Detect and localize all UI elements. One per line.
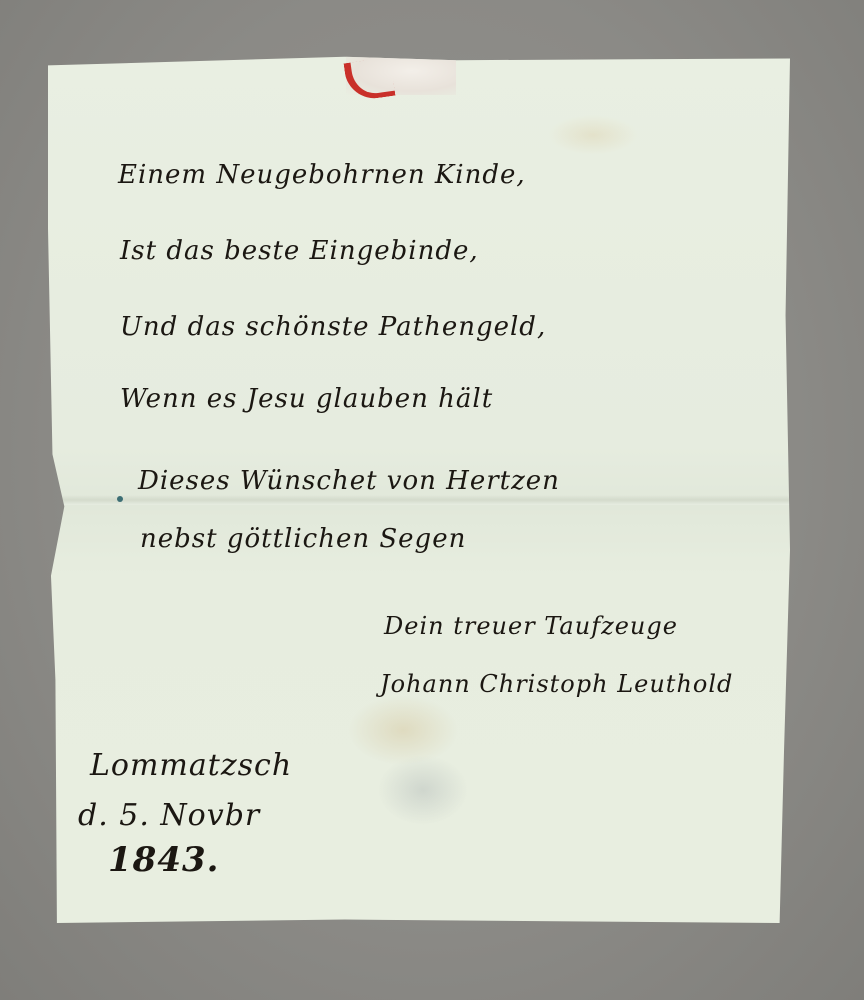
wish-line-1: Dieses Wünschet von Hertzen (138, 466, 560, 496)
verse-line-4: Wenn es Jesu glauben hält (120, 384, 493, 414)
stain (378, 755, 468, 825)
verse-line-1: Einem Neugebohrnen Kinde, (118, 160, 526, 190)
verse-line-3: Und das schönste Pathengeld, (120, 312, 546, 342)
signature-closing: Dein treuer Taufzeuge (384, 612, 678, 640)
paper-fold (48, 495, 790, 505)
stain (548, 115, 638, 155)
wish-line-2: nebst göttlichen Segen (140, 524, 466, 554)
dateline-date: d. 5. Novbr (78, 798, 260, 833)
ink-spot (117, 496, 123, 502)
dateline-year: 1843. (108, 840, 219, 880)
stain (348, 695, 458, 765)
verse-line-2: Ist das beste Eingebinde, (120, 236, 479, 266)
dateline-place: Lommatzsch (90, 748, 292, 783)
signature-name: Johann Christoph Leuthold (380, 670, 733, 698)
